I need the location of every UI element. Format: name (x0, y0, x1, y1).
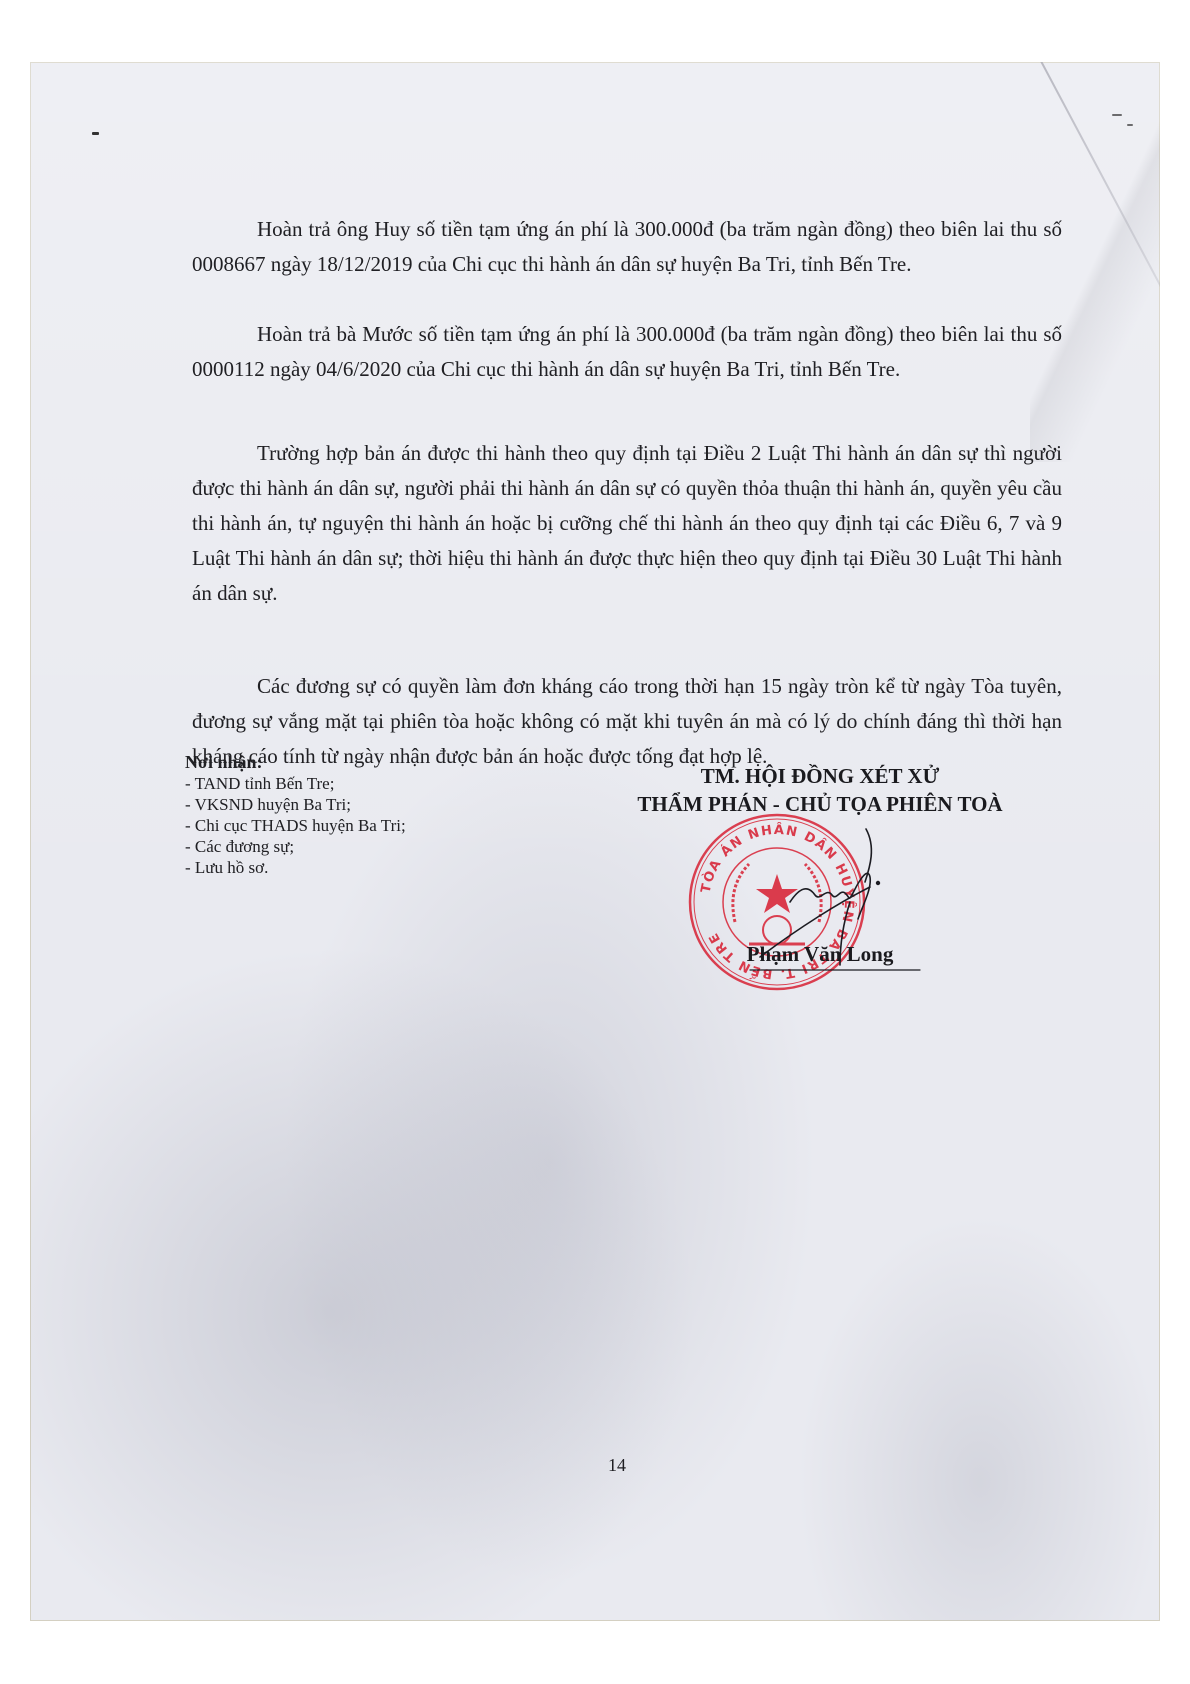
recipients-block: Nơi nhận: - TAND tỉnh Bến Tre; - VKSND h… (185, 752, 406, 878)
signature-line-1: TM. HỘI ĐỒNG XÉT XỬ (590, 762, 1050, 790)
speck (92, 132, 99, 135)
page-number: 14 (587, 1455, 647, 1476)
document-page: Hoàn trả ông Huy số tiền tạm ứng án phí … (30, 62, 1160, 1621)
paragraph-refund-muoc: Hoàn trả bà Mước số tiền tạm ứng án phí … (192, 317, 1062, 387)
recipient-item: - Chi cục THADS huyện Ba Tri; (185, 815, 406, 836)
recipients-list: - TAND tỉnh Bến Tre; - VKSND huyện Ba Tr… (185, 773, 406, 878)
paragraph-refund-huy: Hoàn trả ông Huy số tiền tạm ứng án phí … (192, 212, 1062, 282)
recipient-item: - Lưu hồ sơ. (185, 857, 406, 878)
paragraph-text: Trường hợp bản án được thi hành theo quy… (192, 436, 1062, 611)
recipient-item: - VKSND huyện Ba Tri; (185, 794, 406, 815)
paragraph-enforcement: Trường hợp bản án được thi hành theo quy… (192, 436, 1062, 611)
paragraph-text: Hoàn trả bà Mước số tiền tạm ứng án phí … (192, 317, 1062, 387)
recipient-item: - Các đương sự; (185, 836, 406, 857)
recipient-item: - TAND tỉnh Bến Tre; (185, 773, 406, 794)
signer-name: Phạm Văn Long (630, 942, 1010, 967)
speck (1127, 124, 1133, 126)
recipients-title: Nơi nhận: (185, 752, 406, 773)
speck (1112, 114, 1122, 116)
paragraph-text: Hoàn trả ông Huy số tiền tạm ứng án phí … (192, 212, 1062, 282)
